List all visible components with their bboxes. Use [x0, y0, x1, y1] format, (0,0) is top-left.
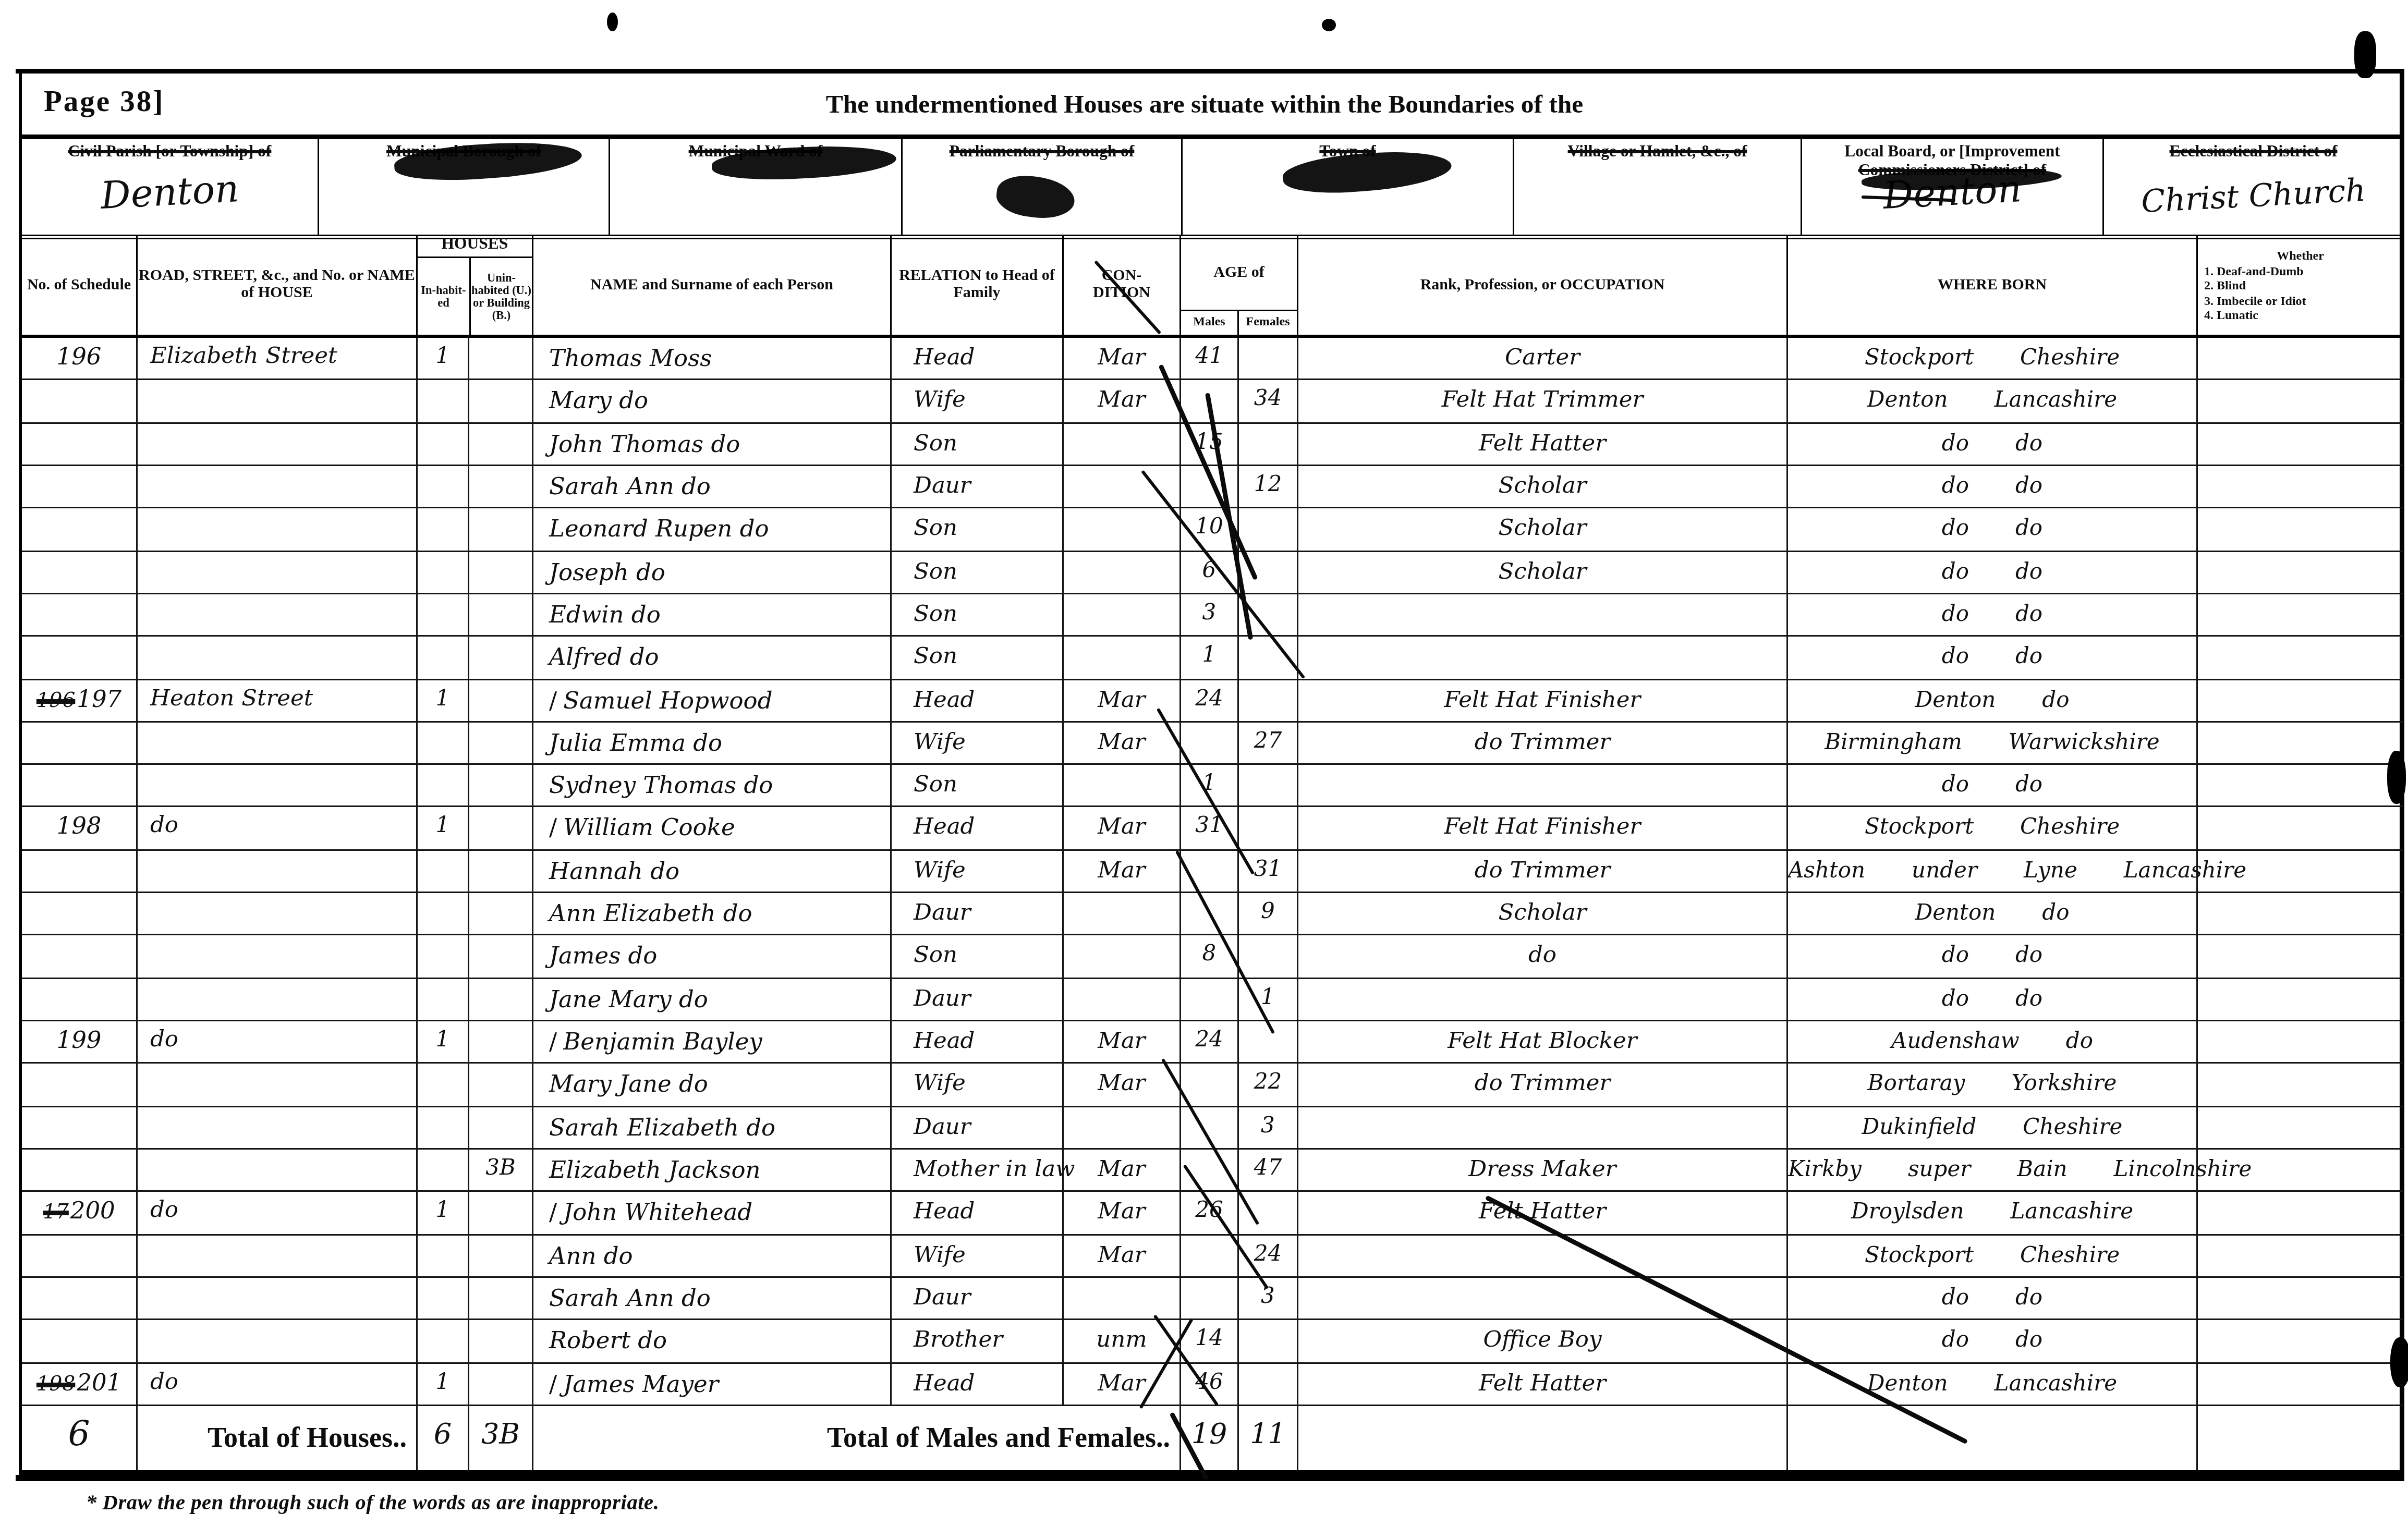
- cell-relation: Head: [892, 808, 1064, 849]
- cell-occupation: Felt Hatter: [1298, 423, 1788, 465]
- cell-condition: [1064, 893, 1181, 934]
- cell-schedule: [22, 1064, 138, 1105]
- cell-road: [138, 765, 418, 806]
- cell-road: Heaton Street: [138, 680, 418, 721]
- cell-name: Sarah Ann do: [533, 1278, 892, 1319]
- cell-uninhabited: [469, 1321, 533, 1362]
- cell-age-male: [1181, 1064, 1239, 1105]
- cell-road: [138, 722, 418, 763]
- cell-inhabited: [418, 893, 469, 934]
- cell-relation: Daur: [892, 1278, 1064, 1319]
- cell-uninhabited: [469, 509, 533, 550]
- cell-name: John Thomas do: [533, 423, 892, 465]
- cell-condition: [1064, 979, 1181, 1020]
- cell-uninhabited: [469, 680, 533, 721]
- totals-males: 19: [1181, 1406, 1239, 1470]
- table-row: 3BElizabeth JacksonMother in lawMar47Dre…: [22, 1150, 2403, 1192]
- page-number: Page 38]: [44, 86, 164, 120]
- cell-born: Denton Lancashire: [1788, 381, 2198, 422]
- cell-occupation: Scholar: [1298, 893, 1788, 934]
- cell-road: [138, 594, 418, 636]
- cell-road: do: [138, 808, 418, 849]
- cell-infirmity: [2198, 1321, 2400, 1362]
- footnote: * Draw the pen through such of the words…: [86, 1491, 659, 1516]
- cell-age-male: 31: [1181, 808, 1239, 849]
- totals-males-females-label: Total of Males and Females..: [533, 1406, 1181, 1470]
- cell-age-male: 41: [1181, 338, 1239, 379]
- cell-infirmity: [2198, 979, 2400, 1020]
- cell-occupation: Felt Hatter: [1298, 1363, 1788, 1405]
- cell-schedule: 196197: [22, 680, 138, 721]
- cell-age-female: [1239, 509, 1298, 550]
- district-fields-band: Civil Parish [or Township] ofDentonMunic…: [22, 139, 2403, 239]
- scan-artifact-2: [2390, 1337, 2408, 1387]
- cell-infirmity: [2198, 1192, 2400, 1234]
- cell-uninhabited: [469, 808, 533, 849]
- cell-occupation: Office Boy: [1298, 1321, 1788, 1362]
- cell-inhabited: 1: [418, 1363, 469, 1405]
- cell-born: Denton do: [1788, 680, 2198, 721]
- cell-road: [138, 423, 418, 465]
- cell-relation: Son: [892, 509, 1064, 550]
- cell-age-male: 8: [1181, 936, 1239, 977]
- cell-name: Mary do: [533, 381, 892, 422]
- cell-road: [138, 509, 418, 550]
- cell-condition: Mar: [1064, 381, 1181, 422]
- cell-schedule: [22, 1278, 138, 1319]
- cell-inhabited: [418, 979, 469, 1020]
- cell-road: [138, 979, 418, 1020]
- cell-infirmity: [2198, 1150, 2400, 1191]
- cell-name: Hannah do: [533, 850, 892, 892]
- cell-relation: Head: [892, 680, 1064, 721]
- cell-relation: Daur: [892, 1107, 1064, 1148]
- cell-born: Audenshaw do: [1788, 1021, 2198, 1063]
- cell-born: do do: [1788, 552, 2198, 593]
- cell-infirmity: [2198, 1021, 2400, 1063]
- cell-age-female: 22: [1239, 1064, 1298, 1105]
- col-header-relation: RELATION to Head of Family: [892, 235, 1064, 335]
- cell-age-female: [1239, 338, 1298, 379]
- cell-schedule: [22, 1235, 138, 1276]
- cell-road: do: [138, 1363, 418, 1405]
- cell-schedule: [22, 637, 138, 678]
- cell-uninhabited: [469, 979, 533, 1020]
- cell-condition: [1064, 594, 1181, 636]
- cell-age-female: [1239, 1192, 1298, 1234]
- cell-infirmity: [2198, 1235, 2400, 1276]
- title-rule: [19, 135, 2400, 139]
- cell-born: Stockport Cheshire: [1788, 338, 2198, 379]
- enumerator-tick: ∕: [549, 1028, 557, 1056]
- cell-name: Sydney Thomas do: [533, 765, 892, 806]
- field-label: Parliamentary Borough of: [903, 144, 1181, 162]
- cell-uninhabited: [469, 466, 533, 507]
- cell-inhabited: [418, 722, 469, 763]
- totals-row: 6 Total of Houses.. 6 3B Total of Males …: [22, 1406, 2403, 1474]
- cell-infirmity: [2198, 509, 2400, 550]
- cell-born: do do: [1788, 637, 2198, 678]
- cell-inhabited: 1: [418, 1021, 469, 1063]
- census-page: Page 38] The undermentioned Houses are s…: [0, 0, 2408, 1526]
- infirmity-items: 1. Deaf-and-Dumb2. Blind3. Imbecile or I…: [2204, 264, 2397, 323]
- table-row: Robert doBrotherunm14Office Boydo do: [22, 1321, 2403, 1363]
- age-group-title: AGE of: [1181, 235, 1297, 310]
- cell-inhabited: [418, 1064, 469, 1105]
- cell-condition: [1064, 765, 1181, 806]
- cell-name: Sarah Ann do: [533, 466, 892, 507]
- cell-relation: Daur: [892, 979, 1064, 1020]
- cell-born: do do: [1788, 1321, 2198, 1362]
- cell-relation: Wife: [892, 381, 1064, 422]
- table-row: Sarah Ann doDaur3do do: [22, 1278, 2403, 1321]
- district-field-7: Ecclesiastical District ofChrist Church: [2104, 139, 2403, 235]
- cell-relation: Son: [892, 552, 1064, 593]
- cell-road: [138, 637, 418, 678]
- cell-occupation: do Trimmer: [1298, 722, 1788, 763]
- cell-inhabited: 1: [418, 680, 469, 721]
- table-row: Mary Jane doWifeMar22do TrimmerBortaray …: [22, 1064, 2403, 1107]
- cell-schedule: [22, 936, 138, 977]
- cell-age-male: [1181, 979, 1239, 1020]
- cell-born: do do: [1788, 1278, 2198, 1319]
- cell-age-male: 24: [1181, 1021, 1239, 1063]
- cell-name: Elizabeth Jackson: [533, 1150, 892, 1191]
- cell-occupation: Scholar: [1298, 552, 1788, 593]
- cell-occupation: [1298, 979, 1788, 1020]
- cell-born: do do: [1788, 466, 2198, 507]
- cell-infirmity: [2198, 1064, 2400, 1105]
- cell-age-male: 3: [1181, 594, 1239, 636]
- table-row: Jane Mary doDaur1do do: [22, 979, 2403, 1021]
- cell-name: Mary Jane do: [533, 1064, 892, 1105]
- cell-age-female: 47: [1239, 1150, 1298, 1191]
- cell-name: Ann Elizabeth do: [533, 893, 892, 934]
- cell-name: Leonard Rupen do: [533, 509, 892, 550]
- cell-uninhabited: [469, 637, 533, 678]
- schedule-struck: 198: [37, 1373, 75, 1396]
- cell-infirmity: [2198, 765, 2400, 806]
- cell-relation: Son: [892, 765, 1064, 806]
- cell-age-female: [1239, 1363, 1298, 1405]
- cell-road: [138, 1107, 418, 1148]
- col-header-schedule: No. of Schedule: [22, 235, 138, 335]
- cell-condition: Mar: [1064, 1192, 1181, 1234]
- cell-inhabited: [418, 1150, 469, 1191]
- cell-born: Ashton under Lyne Lancashire: [1788, 850, 2198, 892]
- cell-occupation: [1298, 765, 1788, 806]
- houses-group-title: HOUSES: [418, 235, 532, 258]
- cell-relation: Head: [892, 1363, 1064, 1405]
- cell-age-female: 31: [1239, 850, 1298, 892]
- cell-infirmity: [2198, 680, 2400, 721]
- totals-houses-label: Total of Houses..: [138, 1406, 418, 1470]
- cell-age-female: [1239, 936, 1298, 977]
- cell-name: ∕Benjamin Bayley: [533, 1021, 892, 1063]
- cell-occupation: [1298, 1107, 1788, 1148]
- cell-inhabited: [418, 1321, 469, 1362]
- cell-occupation: [1298, 1235, 1788, 1276]
- scan-scale-wrapper: Page 38] The undermentioned Houses are s…: [0, 0, 2408, 1526]
- cell-relation: Wife: [892, 1235, 1064, 1276]
- cell-uninhabited: [469, 722, 533, 763]
- cell-relation: Head: [892, 338, 1064, 379]
- cell-occupation: do Trimmer: [1298, 850, 1788, 892]
- cell-age-female: 9: [1239, 893, 1298, 934]
- cell-schedule: [22, 381, 138, 422]
- cell-condition: [1064, 552, 1181, 593]
- cell-age-female: [1239, 680, 1298, 721]
- col-header-houses-group: HOUSES In-habit-ed Unin-habited (U.) or …: [418, 235, 533, 335]
- cell-name: Joseph do: [533, 552, 892, 593]
- page-border-bottom: [16, 1475, 2404, 1481]
- table-row: Ann doWifeMar24Stockport Cheshire: [22, 1235, 2403, 1278]
- cell-age-female: 34: [1239, 381, 1298, 422]
- cell-age-female: [1239, 1321, 1298, 1362]
- field-handwritten-value: Denton: [21, 163, 319, 222]
- cell-uninhabited: [469, 893, 533, 934]
- cell-condition: Mar: [1064, 850, 1181, 892]
- cell-born: do do: [1788, 765, 2198, 806]
- scan-artifact-1: [2387, 751, 2406, 804]
- cell-schedule: [22, 509, 138, 550]
- cell-occupation: Felt Hat Finisher: [1298, 680, 1788, 721]
- cell-schedule: 196: [22, 338, 138, 379]
- table-row: Hannah doWifeMar31do TrimmerAshton under…: [22, 850, 2403, 893]
- cell-occupation: [1298, 594, 1788, 636]
- totals-females: 11: [1239, 1406, 1298, 1470]
- cell-inhabited: [418, 850, 469, 892]
- cell-name: Edwin do: [533, 594, 892, 636]
- cell-infirmity: [2198, 381, 2400, 422]
- cell-uninhabited: [469, 1064, 533, 1105]
- cell-road: Elizabeth Street: [138, 338, 418, 379]
- cell-condition: Mar: [1064, 1021, 1181, 1063]
- cell-condition: [1064, 509, 1181, 550]
- cell-occupation: Carter: [1298, 338, 1788, 379]
- table-row: Edwin doSon3do do: [22, 594, 2403, 637]
- cell-infirmity: [2198, 338, 2400, 379]
- scan-artifact-4: [1322, 19, 1336, 31]
- cell-inhabited: [418, 423, 469, 465]
- cell-age-female: 12: [1239, 466, 1298, 507]
- cell-infirmity: [2198, 850, 2400, 892]
- cell-uninhabited: [469, 1021, 533, 1063]
- table-body: 196Elizabeth Street1Thomas MossHeadMar41…: [22, 338, 2403, 1406]
- cell-inhabited: [418, 552, 469, 593]
- cell-born: Stockport Cheshire: [1788, 1235, 2198, 1276]
- cell-name: James do: [533, 936, 892, 977]
- cell-uninhabited: [469, 1192, 533, 1234]
- cell-name: Alfred do: [533, 637, 892, 678]
- cell-infirmity: [2198, 1363, 2400, 1405]
- cell-name: Thomas Moss: [533, 338, 892, 379]
- cell-born: Dukinfield Cheshire: [1788, 1107, 2198, 1148]
- cell-road: [138, 936, 418, 977]
- cell-inhabited: [418, 1235, 469, 1276]
- cell-age-female: [1239, 808, 1298, 849]
- totals-inhabited: 6: [418, 1406, 469, 1470]
- cell-road: [138, 381, 418, 422]
- cell-inhabited: [418, 381, 469, 422]
- cell-relation: Son: [892, 936, 1064, 977]
- cell-uninhabited: [469, 423, 533, 465]
- cell-condition: [1064, 1278, 1181, 1319]
- table-row: Alfred doSon1do do: [22, 637, 2403, 680]
- cell-condition: Mar: [1064, 808, 1181, 849]
- cell-schedule: 199: [22, 1021, 138, 1063]
- cell-uninhabited: [469, 765, 533, 806]
- field-label: Village or Hamlet, &c., of: [1514, 144, 1801, 162]
- cell-born: do do: [1788, 423, 2198, 465]
- cell-age-male: 24: [1181, 680, 1239, 721]
- cell-occupation: Felt Hat Blocker: [1298, 1021, 1788, 1063]
- cell-age-male: [1181, 722, 1239, 763]
- table-row: 196Elizabeth Street1Thomas MossHeadMar41…: [22, 338, 2403, 381]
- cell-age-female: 3: [1239, 1107, 1298, 1148]
- cell-name: Robert do: [533, 1321, 892, 1362]
- cell-age-male: 14: [1181, 1321, 1239, 1362]
- cell-road: [138, 893, 418, 934]
- table-row: James doSon8dodo do: [22, 936, 2403, 979]
- table-row: Sarah Ann doDaur12Scholardo do: [22, 466, 2403, 509]
- cell-infirmity: [2198, 936, 2400, 977]
- cell-born: do do: [1788, 594, 2198, 636]
- cell-condition: [1064, 423, 1181, 465]
- cell-uninhabited: [469, 338, 533, 379]
- cell-road: do: [138, 1192, 418, 1234]
- cell-age-female: 27: [1239, 722, 1298, 763]
- cell-condition: Mar: [1064, 1235, 1181, 1276]
- field-label: Local Board, or [Improvement: [1802, 144, 2102, 162]
- cell-relation: Wife: [892, 1064, 1064, 1105]
- cell-road: [138, 466, 418, 507]
- cell-age-male: 26: [1181, 1192, 1239, 1234]
- district-field-0: Civil Parish [or Township] ofDenton: [22, 139, 319, 235]
- cell-uninhabited: 3B: [469, 1150, 533, 1191]
- totals-occupation-empty: [1298, 1406, 1788, 1470]
- field-label: Civil Parish [or Township] of: [22, 144, 318, 162]
- cell-road: [138, 552, 418, 593]
- cell-born: Bortaray Yorkshire: [1788, 1064, 2198, 1105]
- cell-relation: Son: [892, 594, 1064, 636]
- cell-occupation: do: [1298, 936, 1788, 977]
- col-header-uninhabited: Unin-habited (U.) or Building (B.): [471, 258, 532, 335]
- cell-born: Denton do: [1788, 893, 2198, 934]
- cell-born: Birmingham Warwickshire: [1788, 722, 2198, 763]
- field-label: Ecclesiastical District of: [2104, 144, 2403, 162]
- cell-road: do: [138, 1021, 418, 1063]
- cell-born: do do: [1788, 509, 2198, 550]
- cell-infirmity: [2198, 1278, 2400, 1319]
- cell-relation: Head: [892, 1021, 1064, 1063]
- col-header-infirmity: Whether 1. Deaf-and-Dumb2. Blind3. Imbec…: [2198, 235, 2400, 335]
- col-header-road: ROAD, STREET, &c., and No. or NAME of HO…: [138, 235, 418, 335]
- cell-condition: Mar: [1064, 1064, 1181, 1105]
- col-header-inhabited: In-habit-ed: [418, 258, 471, 335]
- cell-road: [138, 1321, 418, 1362]
- enumerator-tick: ∕: [549, 1199, 557, 1227]
- cell-occupation: do Trimmer: [1298, 1064, 1788, 1105]
- col-header-age-group: AGE of Males Females: [1181, 235, 1298, 335]
- cell-relation: Son: [892, 423, 1064, 465]
- field-handwritten-value: Christ Church: [2103, 169, 2404, 222]
- cell-road: [138, 850, 418, 892]
- cell-infirmity: [2198, 552, 2400, 593]
- cell-inhabited: [418, 765, 469, 806]
- cell-relation: Brother: [892, 1321, 1064, 1362]
- cell-infirmity: [2198, 637, 2400, 678]
- cell-uninhabited: [469, 1363, 533, 1405]
- cell-inhabited: [418, 1278, 469, 1319]
- cell-occupation: Dress Maker: [1298, 1150, 1788, 1191]
- cell-relation: Wife: [892, 850, 1064, 892]
- cell-age-female: 3: [1239, 1278, 1298, 1319]
- cell-relation: Daur: [892, 893, 1064, 934]
- col-header-born: WHERE BORN: [1788, 235, 2198, 335]
- cell-infirmity: [2198, 466, 2400, 507]
- infirmity-title: Whether: [2204, 249, 2397, 264]
- cell-infirmity: [2198, 722, 2400, 763]
- cell-road: [138, 1064, 418, 1105]
- table-row: 199do1∕Benjamin BayleyHeadMar24Felt Hat …: [22, 1021, 2403, 1064]
- cell-name: ∕William Cooke: [533, 808, 892, 849]
- cell-schedule: [22, 850, 138, 892]
- enumerator-tick: ∕: [549, 1370, 557, 1398]
- cell-infirmity: [2198, 893, 2400, 934]
- cell-schedule: [22, 979, 138, 1020]
- cell-infirmity: [2198, 808, 2400, 849]
- cell-inhabited: [418, 637, 469, 678]
- cell-schedule: [22, 893, 138, 934]
- cell-infirmity: [2198, 1107, 2400, 1148]
- cell-occupation: [1298, 637, 1788, 678]
- cell-schedule: 17200: [22, 1192, 138, 1234]
- cell-born: Stockport Cheshire: [1788, 808, 2198, 849]
- cell-uninhabited: [469, 552, 533, 593]
- cell-schedule: [22, 1150, 138, 1191]
- cell-uninhabited: [469, 1107, 533, 1148]
- cell-schedule: [22, 1321, 138, 1362]
- cell-road: [138, 1150, 418, 1191]
- cell-uninhabited: [469, 381, 533, 422]
- cell-inhabited: 1: [418, 1192, 469, 1234]
- cell-born: Kirkby super Bain Lincolnshire: [1788, 1150, 2198, 1191]
- cell-relation: Head: [892, 1192, 1064, 1234]
- cell-uninhabited: [469, 594, 533, 636]
- cell-name: Sarah Elizabeth do: [533, 1107, 892, 1148]
- schedule-struck: 17: [43, 1202, 69, 1225]
- district-field-5: Village or Hamlet, &c., of: [1514, 139, 1802, 235]
- table-row: 198do1∕William CookeHeadMar31Felt Hat Fi…: [22, 808, 2403, 850]
- cell-schedule: 198201: [22, 1363, 138, 1405]
- cell-born: Droylsden Lancashire: [1788, 1192, 2198, 1234]
- cell-condition: Mar: [1064, 680, 1181, 721]
- cell-uninhabited: [469, 1278, 533, 1319]
- totals-infirmity-empty: [2198, 1406, 2400, 1470]
- cell-name: ∕James Mayer: [533, 1363, 892, 1405]
- cell-age-female: [1239, 423, 1298, 465]
- cell-born: do do: [1788, 936, 2198, 977]
- table-row: Julia Emma doWifeMar27do TrimmerBirmingh…: [22, 722, 2403, 765]
- cell-inhabited: [418, 1107, 469, 1148]
- cell-inhabited: 1: [418, 338, 469, 379]
- cell-occupation: Felt Hat Trimmer: [1298, 381, 1788, 422]
- cell-age-male: [1181, 1235, 1239, 1276]
- scan-artifact-0: [2354, 31, 2376, 78]
- cell-inhabited: [418, 466, 469, 507]
- cell-occupation: Scholar: [1298, 466, 1788, 507]
